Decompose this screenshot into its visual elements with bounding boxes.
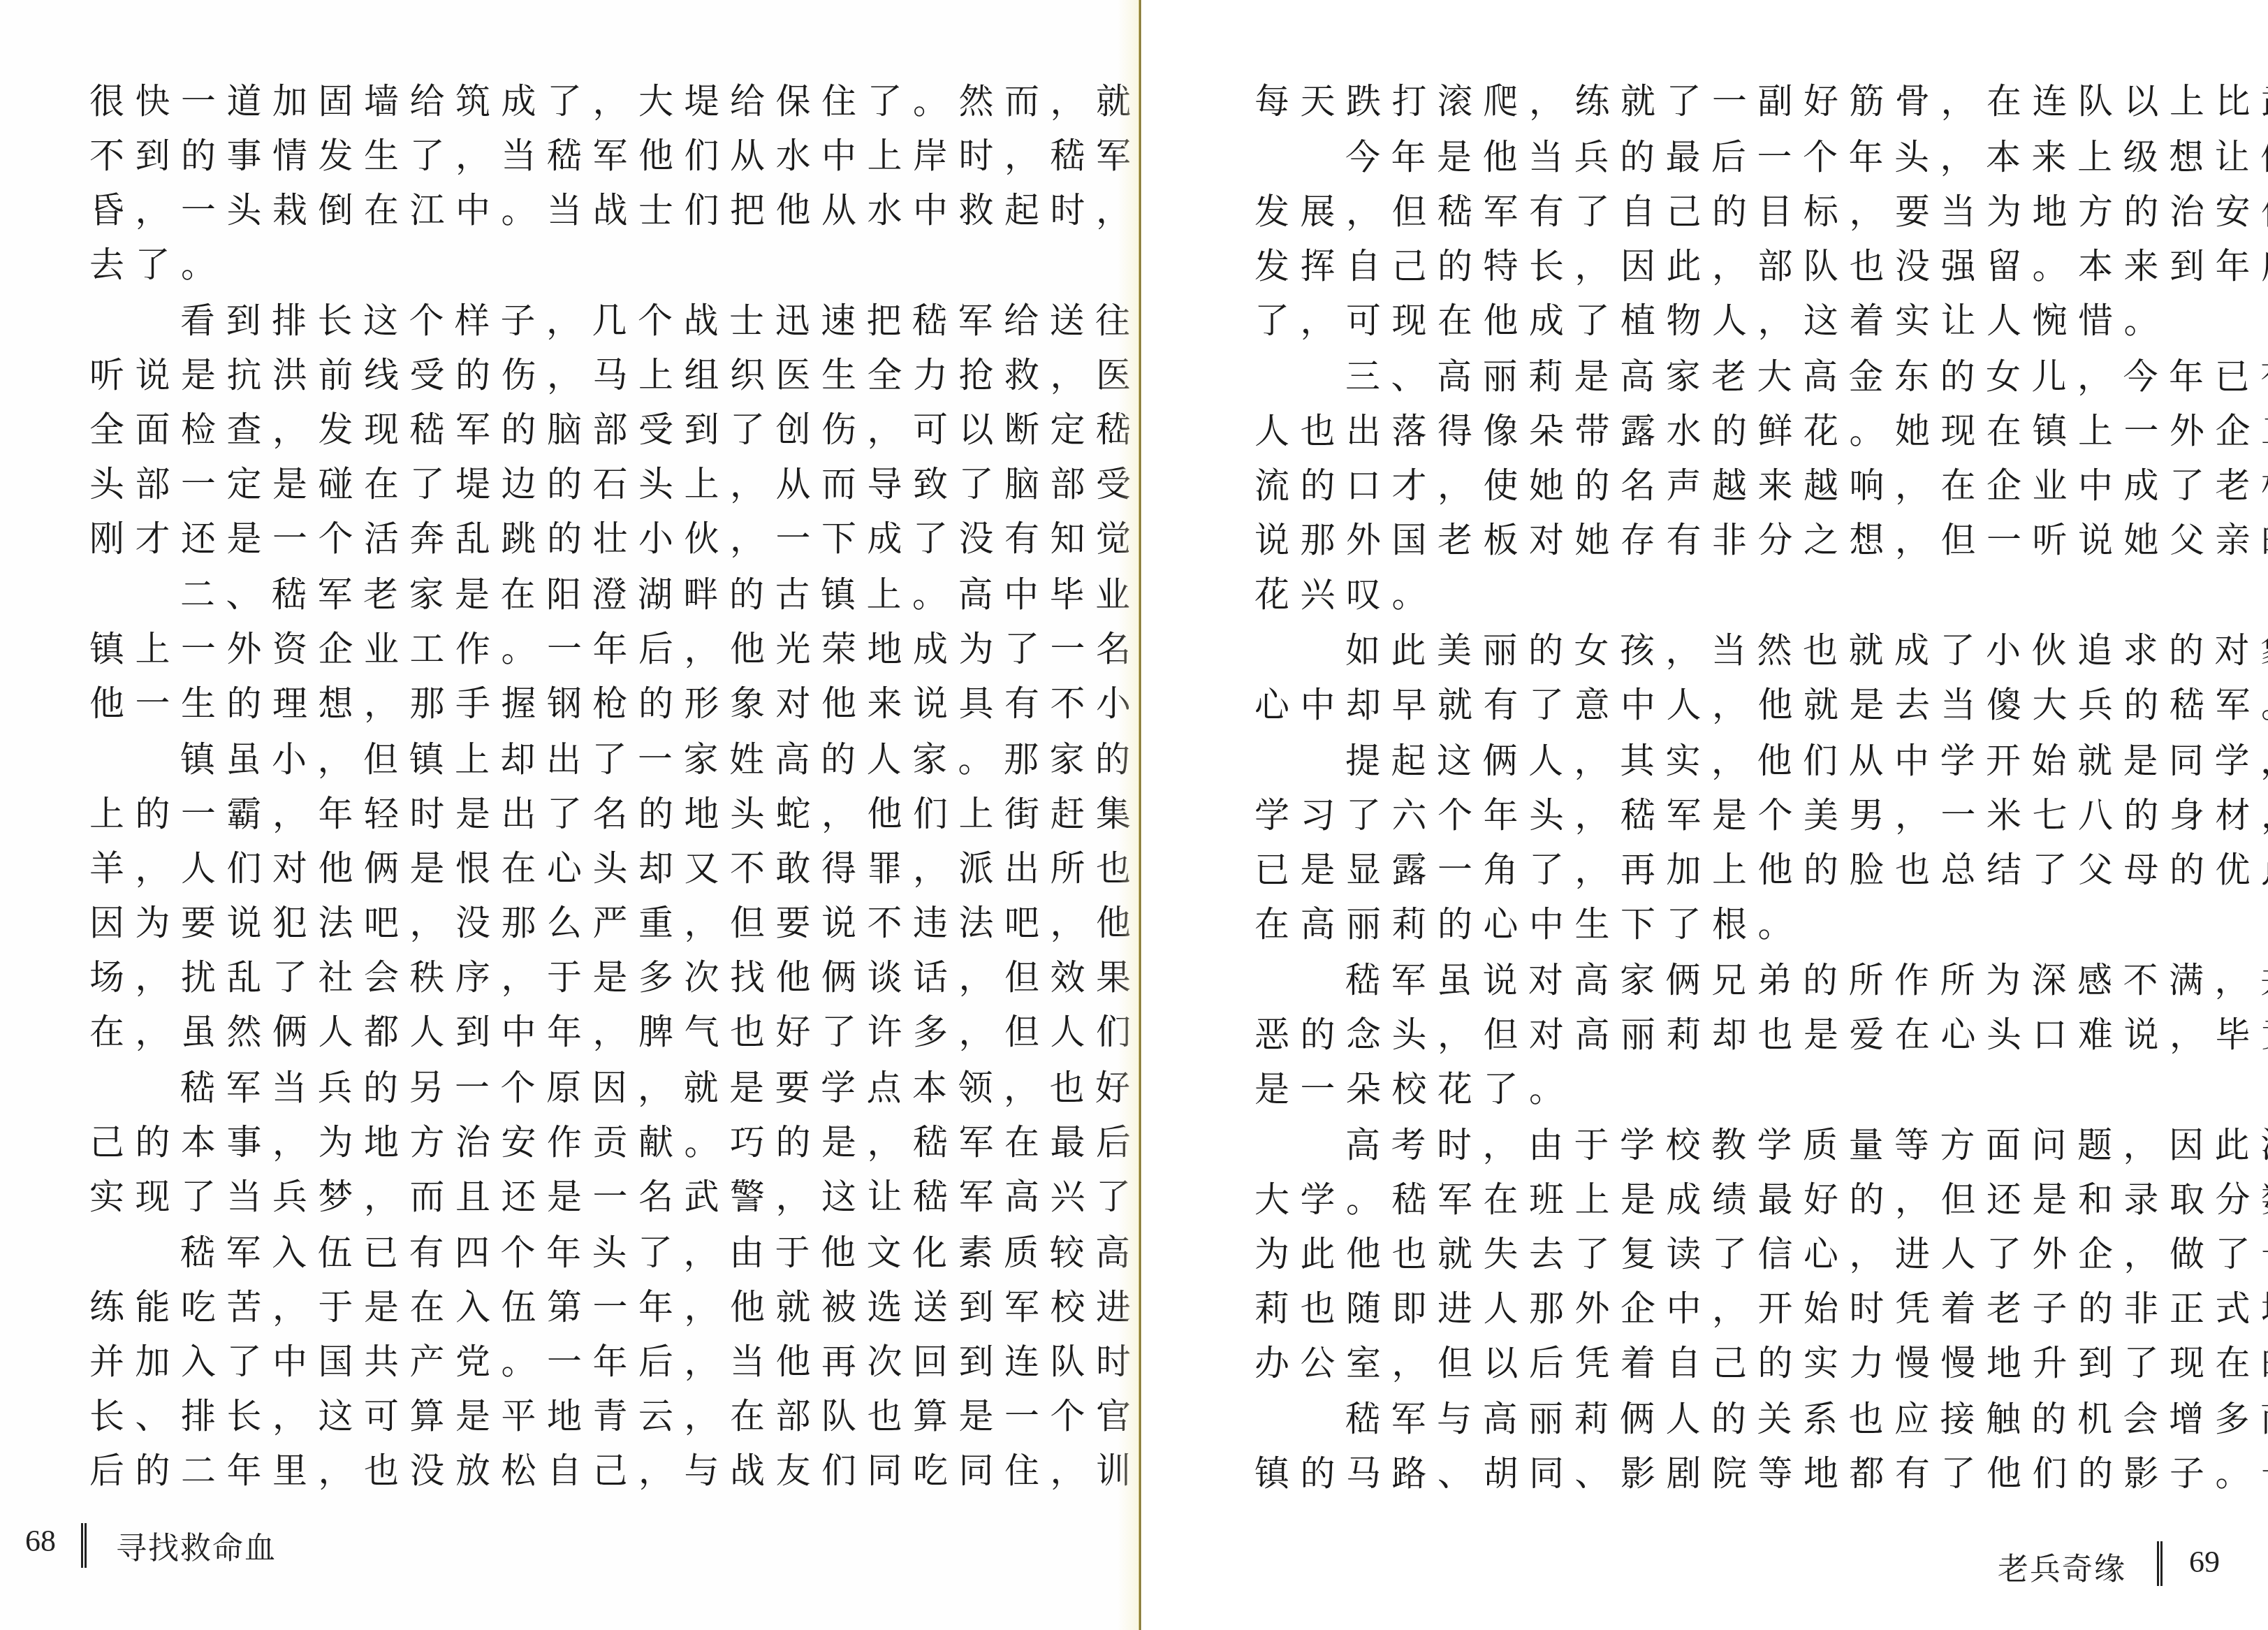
text-line: 嵇军与高丽莉俩人的关系也应接触的机会增多而日趋成熟，古 — [1345, 1398, 2268, 1440]
left-page-number: 68 — [25, 1523, 56, 1559]
text-line: 今年是他当兵的最后一个年头，本来上级想让他留在连队继续 — [1345, 136, 2268, 178]
text-line: 是一朵校花了。 — [1254, 1068, 1575, 1110]
text-line: 发挥自己的特长，因此，部队也没强留。本来到年底嵇军就得复员 — [1254, 245, 2268, 287]
text-line: 如此美丽的女孩，当然也就成了小伙追求的对象。但高丽莉的 — [1345, 630, 2268, 671]
text-line: 镇的马路、胡同、影剧院等地都有了他们的影子。一年后，嵇军当 — [1254, 1453, 2268, 1494]
text-line: 心中却早就有了意中人，他就是去当傻大兵的嵇军。 — [1254, 684, 2268, 726]
text-line: 每天跌打滚爬，练就了一副好筋骨，在连队以上比武中多次获奖。 — [1254, 80, 2268, 122]
right-running-title: 老兵奇缘 — [1998, 1544, 2126, 1589]
text-line: 已是显露一角了，再加上他的脸也总结了父母的优点，因此早早地 — [1254, 849, 2268, 891]
text-line: 恶的念头，但对高丽莉却也是爱在心头口难说，毕竟高丽莉算得上 — [1254, 1014, 2268, 1056]
text-line: 办公室，但以后凭着自己的实力慢慢地升到了现在的近顶峰位置。 — [1254, 1342, 2268, 1384]
right-page-number: 69 — [2189, 1544, 2220, 1580]
right-page: 每天跌打滚爬，练就了一副好筋骨，在连队以上比武中多次获奖。今年是他当兵的最后一个… — [1141, 0, 2268, 1630]
text-line: 发展，但嵇军有了自己的目标，要当为地方的治安作贡献，更好地 — [1254, 191, 2268, 233]
text-line: 花兴叹。 — [1254, 574, 1437, 616]
text-line: 莉也随即进人那外企中，开始时凭着老子的非正式地位，她坐进了 — [1254, 1288, 2268, 1330]
footer-divider-left — [81, 1523, 87, 1568]
text-line: 了，可现在他成了植物人，这着实让人惋惜。 — [1254, 300, 2170, 342]
text-line: 在高丽莉的心中生下了根。 — [1254, 903, 1804, 945]
left-running-title: 寻找救命血 — [116, 1523, 277, 1568]
text-line: 大学。嵇军在班上是成绩最好的，但还是和录取分数线相差十多分， — [1254, 1179, 2268, 1221]
text-line: 去了。 — [89, 244, 227, 286]
text-line: 三、高丽莉是高家老大高金东的女儿，今年已有二十四岁了， — [1345, 356, 2268, 398]
text-line: 高考时，由于学校教学质量等方面问题，因此没有一个人考上 — [1345, 1124, 2268, 1166]
text-line: 嵇军虽说对高家俩兄弟的所作所为深感不满，并产生了为民除 — [1345, 959, 2268, 1001]
text-line: 流的口才，使她的名声越来越响，在企业中成了老板的代言人。虽 — [1254, 465, 2268, 507]
text-line: 为此他也就失去了复读了信心，进人了外企，做了一名工人。高丽 — [1254, 1233, 2268, 1275]
text-line: 提起这俩人，其实，他们从中学开始就是同学，俩人一起共同 — [1345, 740, 2268, 782]
footer-divider-right — [2157, 1541, 2163, 1586]
text-line: 人也出落得像朵带露水的鲜花。她现在镇上一外企工作。美貌加一 — [1254, 410, 2268, 452]
text-line: 说那外国老板对她存有非分之想，但一听说她父亲的来头，只得望 — [1254, 519, 2268, 561]
text-line: 学习了六个年头，嵇军是个美男，一米七八的身材，在那些男生中 — [1254, 794, 2268, 836]
left-page: 很快一道加固墙给筑成了，大堤给保住了。然而，就在此时，意想不到的事情发生了，当嵇… — [0, 0, 1140, 1630]
